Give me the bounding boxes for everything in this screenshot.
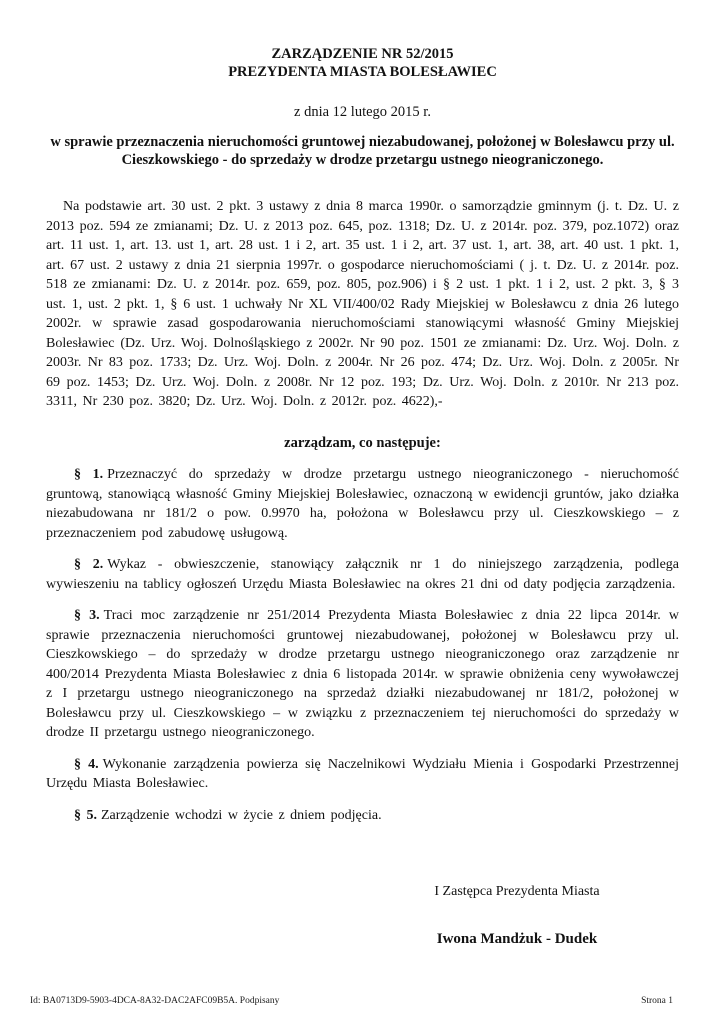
page-footer: Id: BA0713D9-5903-4DCA-8A32-DAC2AFC09B5A… [30, 995, 673, 1007]
section-paragraph-4: § 4.Wykonanie zarządzenia powierza się N… [46, 755, 679, 794]
document-date: z dnia 12 lutego 2015 r. [46, 104, 679, 121]
section-number-1: § 1. [74, 467, 103, 482]
section-text-1: Przeznaczyć do sprzedaży w drodze przeta… [46, 467, 679, 541]
document-subject: w sprawie przeznaczenia nieruchomości gr… [46, 134, 679, 169]
section-number-2: § 2. [74, 557, 103, 572]
signature-block: I Zastępca Prezydenta Miasta Iwona Mandż… [367, 883, 667, 948]
document-body: Na podstawie art. 30 ust. 2 pkt. 3 ustaw… [46, 197, 679, 825]
section-text-4: Wykonanie zarządzenia powierza się Nacze… [46, 757, 679, 792]
document-title-line1: ZARZĄDZENIE NR 52/2015 [46, 46, 679, 64]
document-id-label: Id: BA0713D9-5903-4DCA-8A32-DAC2AFC09B5A… [30, 995, 279, 1007]
signatory-name: Iwona Mandżuk - Dudek [367, 930, 667, 948]
section-text-3: Traci moc zarządzenie nr 251/2014 Prezyd… [46, 608, 679, 740]
section-paragraph-3: § 3.Traci moc zarządzenie nr 251/2014 Pr… [46, 606, 679, 743]
document-page: ZARZĄDZENIE NR 52/2015 PREZYDENTA MIASTA… [0, 0, 725, 1024]
document-title: ZARZĄDZENIE NR 52/2015 PREZYDENTA MIASTA… [46, 46, 679, 81]
section-text-5: Zarządzenie wchodzi w życie z dniem podj… [101, 808, 382, 823]
document-header: ZARZĄDZENIE NR 52/2015 PREZYDENTA MIASTA… [46, 46, 679, 169]
enacting-clause: zarządzam, co następuje: [46, 434, 679, 454]
signatory-title: I Zastępca Prezydenta Miasta [367, 883, 667, 901]
section-number-5: § 5. [74, 808, 97, 823]
section-number-4: § 4. [74, 757, 99, 772]
section-text-2: Wykaz - obwieszczenie, stanowiący załącz… [46, 557, 679, 592]
section-paragraph-1: § 1.Przeznaczyć do sprzedaży w drodze pr… [46, 465, 679, 543]
document-title-line2: PREZYDENTA MIASTA BOLESŁAWIEC [46, 64, 679, 82]
page-number-label: Strona 1 [641, 995, 673, 1007]
legal-basis-paragraph: Na podstawie art. 30 ust. 2 pkt. 3 ustaw… [46, 197, 679, 412]
section-paragraph-5: § 5.Zarządzenie wchodzi w życie z dniem … [46, 806, 679, 826]
section-paragraph-2: § 2.Wykaz - obwieszczenie, stanowiący za… [46, 555, 679, 594]
section-number-3: § 3. [74, 608, 100, 623]
